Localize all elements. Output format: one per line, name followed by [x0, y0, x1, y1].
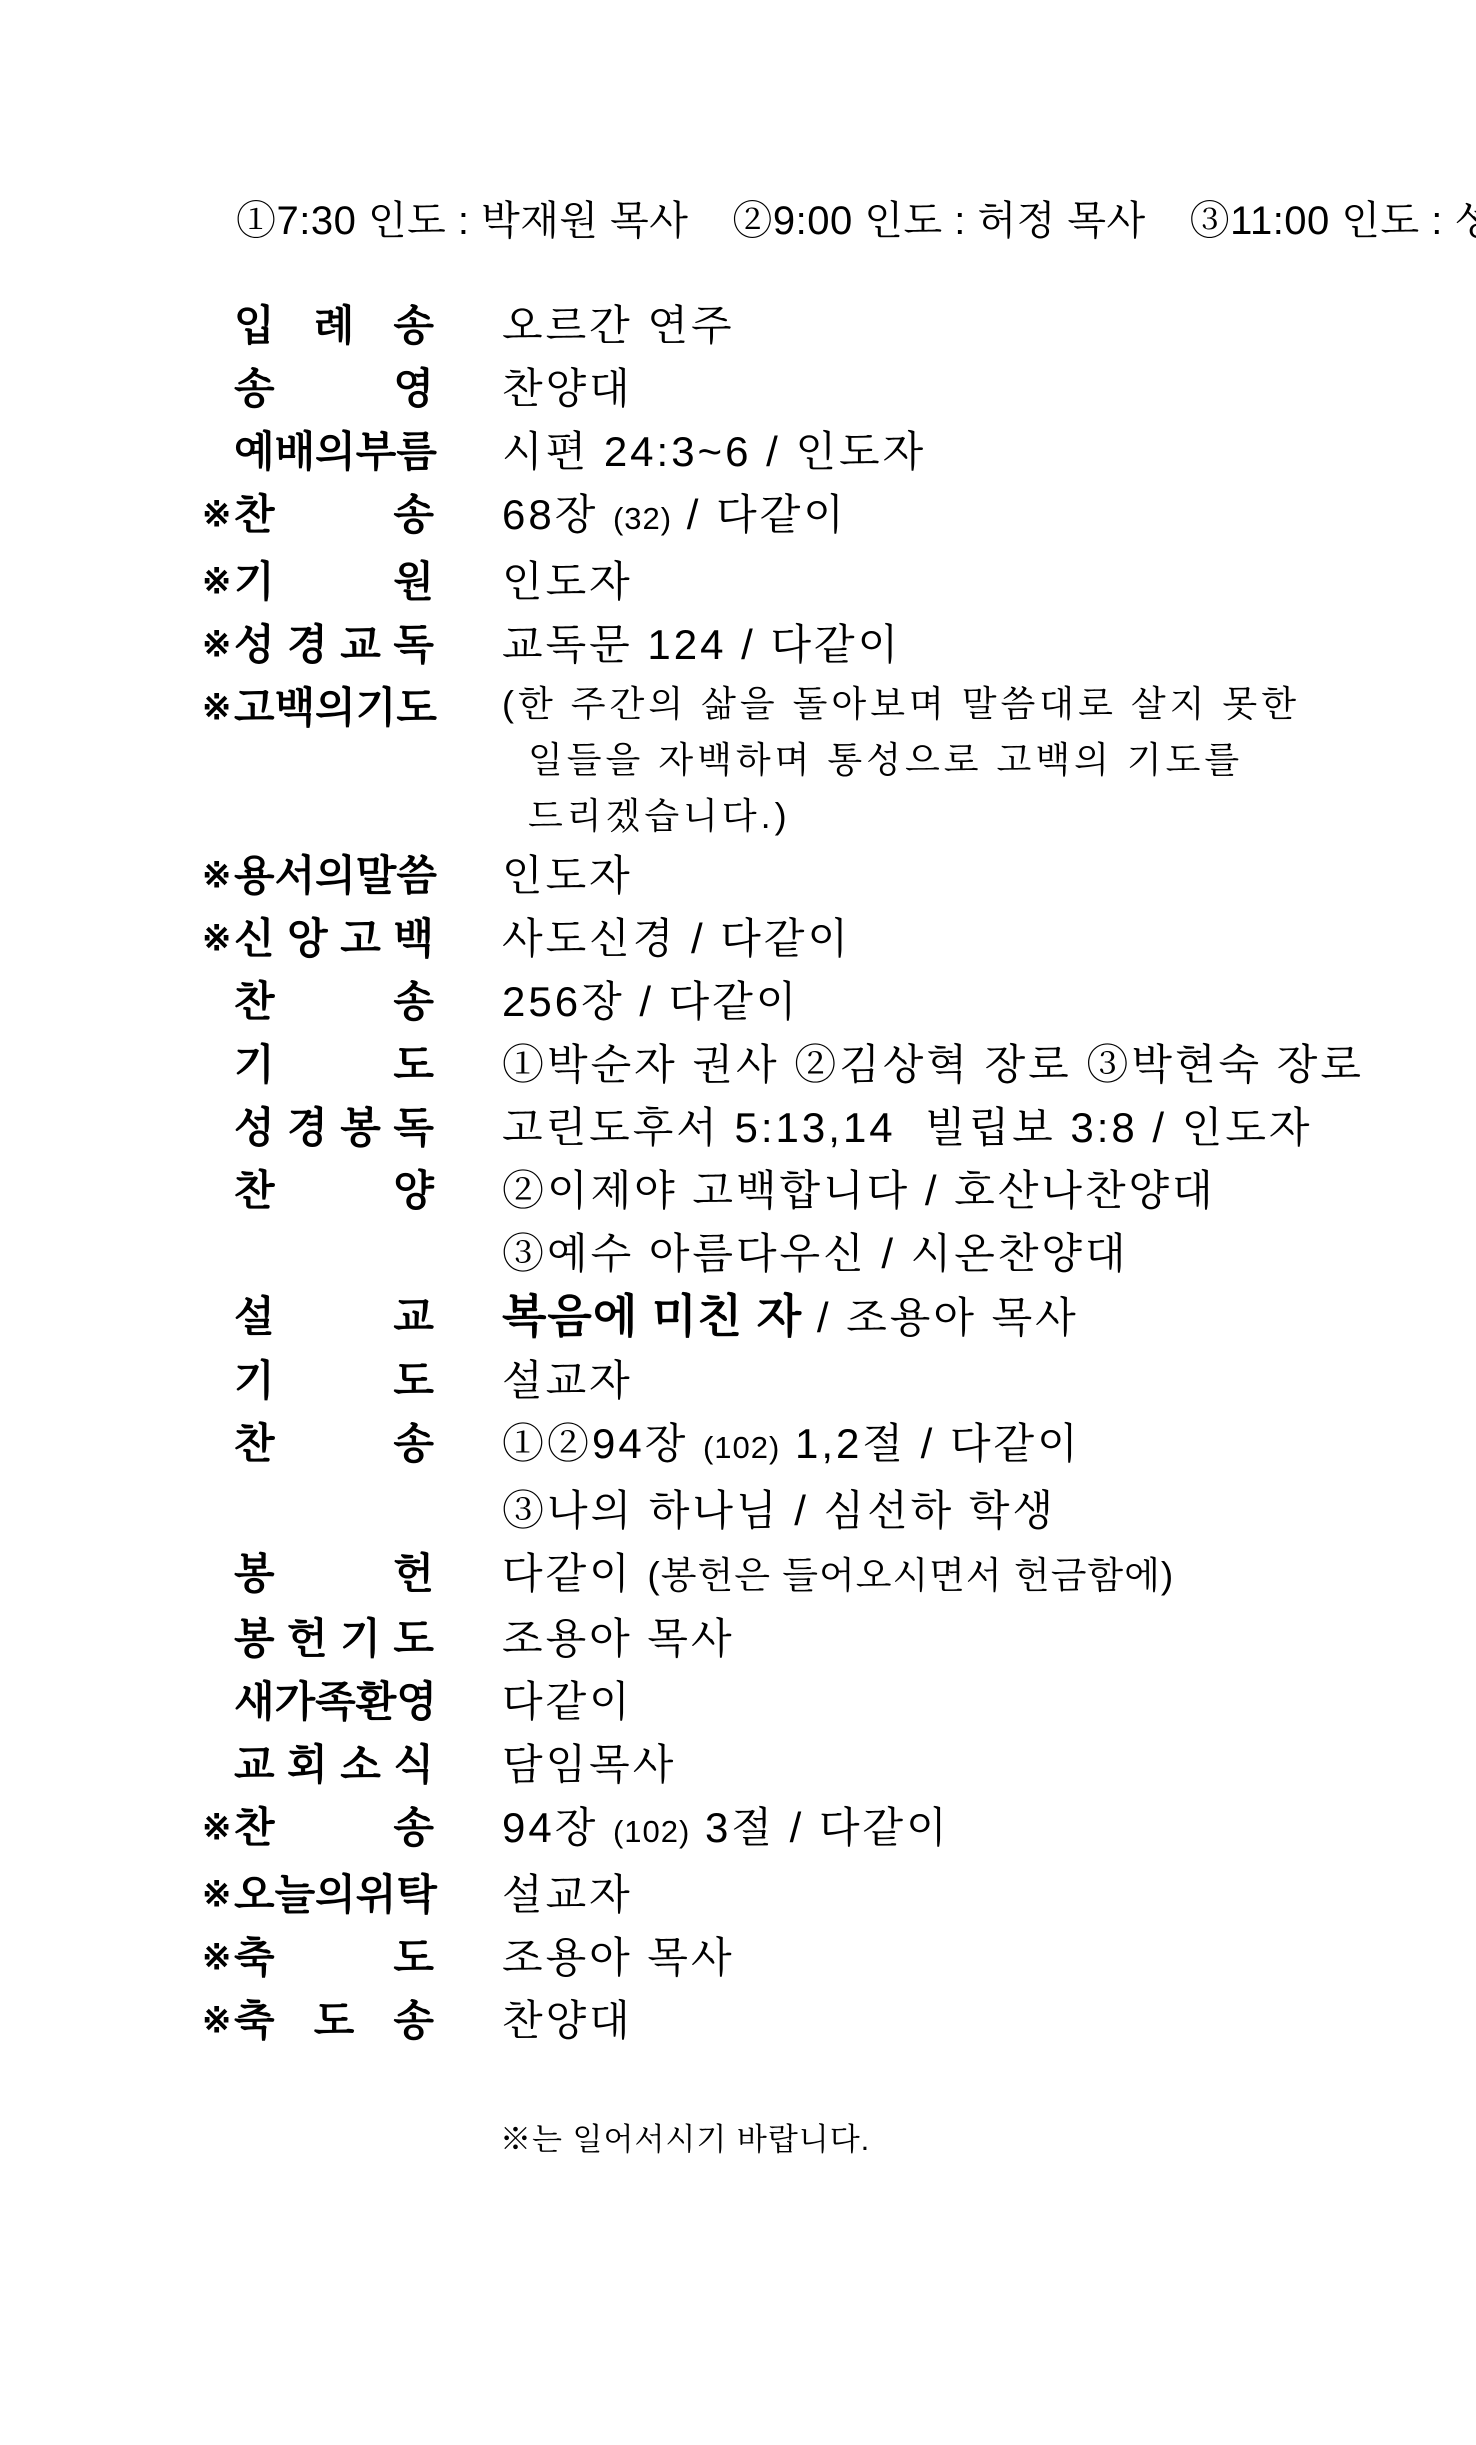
order-label-char: 백 [393, 907, 434, 970]
order-content: 인도자 [502, 844, 633, 907]
order-label-char: 도 [393, 1033, 434, 1096]
order-label-char: 용 [234, 844, 275, 907]
order-label-char: 성 [234, 1096, 275, 1159]
order-row-19: 새가족환영다같이 [0, 1670, 1476, 1733]
order-row-23: ※축도조용아 목사 [0, 1926, 1476, 1989]
order-label-char: 말 [356, 844, 397, 907]
order-label-char: 영 [396, 1670, 437, 1733]
order-label-char: 식 [393, 1733, 434, 1796]
content-line: 조용아 목사 [502, 1926, 735, 1989]
order-label-char: 도 [396, 676, 437, 739]
order-row-5: ※기원인도자 [0, 550, 1476, 613]
order-content: 256장 / 다같이 [502, 970, 799, 1033]
order-content: 조용아 목사 [502, 1607, 735, 1670]
content-segment: (102) [703, 1430, 780, 1465]
order-label-char: 송 [393, 1412, 434, 1475]
content-segment: 고린도후서 5:13,14 빌립보 3:8 / 인도자 [502, 1104, 1313, 1151]
order-label-char: 고 [340, 907, 381, 970]
content-line: 인도자 [502, 844, 633, 907]
order-row-22: ※오늘의위탁설교자 [0, 1863, 1476, 1926]
content-segment: 3절 / 다같이 [690, 1804, 949, 1851]
order-label-char: 기 [340, 1607, 381, 1670]
content-line: 설교자 [502, 1863, 633, 1926]
service-leader-3: ③11:00 인도 : 성덕호 목사 [1190, 199, 1476, 243]
order-label-char: 설 [234, 1285, 275, 1348]
order-label-char: 회 [287, 1733, 328, 1796]
order-label: 고백의기도 [234, 676, 434, 739]
content-segment: 드리겠습니다.) [528, 795, 791, 836]
order-label-char: 기 [356, 676, 397, 739]
order-row-17: 봉헌다같이 (봉헌은 들어오시면서 헌금함에) [0, 1542, 1476, 1607]
order-label-char: 봉 [234, 1542, 275, 1605]
order-label: 찬송 [234, 1796, 434, 1859]
order-label: 예배의부름 [234, 420, 434, 483]
content-line: ③나의 하나님 / 심선하 학생 [502, 1479, 1081, 1542]
content-line: 68장 (32) / 다같이 [502, 483, 847, 550]
order-row-14: 설교복음에 미친 자 / 조용아 목사 [0, 1285, 1476, 1349]
order-row-10: 찬송256장 / 다같이 [0, 970, 1476, 1033]
standing-mark: ※ [202, 844, 234, 907]
order-label: 찬송 [234, 970, 434, 1033]
order-label-char: 름 [396, 420, 437, 483]
content-segment: 오르간 연주 [502, 302, 735, 349]
content-line: 드리겠습니다.) [502, 788, 1300, 844]
order-row-8: ※용서의말씀인도자 [0, 844, 1476, 907]
content-segment: 설교자 [502, 1871, 633, 1918]
order-label-char: 찬 [234, 1159, 275, 1222]
standing-mark: ※ [202, 483, 234, 546]
content-line: ②이제야 고백합니다 / 호산나찬양대 [502, 1159, 1216, 1222]
order-label-char: 의 [315, 1863, 356, 1926]
order-label-char: 탁 [396, 1863, 437, 1926]
order-label-char: 송 [393, 1796, 434, 1859]
order-label: 봉헌기도 [234, 1607, 434, 1670]
order-content: 조용아 목사 [502, 1926, 735, 1989]
bulletin-page: ①7:30 인도 : 박재원 목사②9:00 인도 : 허정 목사③11:00 … [0, 0, 1476, 2445]
content-segment: 256장 / 다같이 [502, 978, 799, 1025]
order-row-21: ※찬송94장 (102) 3절 / 다같이 [0, 1796, 1476, 1863]
order-label-char: 환 [356, 1670, 397, 1733]
order-row-6: ※성경교독교독문 124 / 다같이 [0, 613, 1476, 676]
order-label: 봉헌 [234, 1542, 434, 1605]
order-label-char: 기 [234, 1349, 275, 1412]
order-row-13: 찬양②이제야 고백합니다 / 호산나찬양대③예수 아름다우신 / 시온찬양대 [0, 1159, 1476, 1285]
content-line: 다같이 (봉헌은 들어오시면서 헌금함에) [502, 1542, 1174, 1607]
content-segment: 인도자 [502, 852, 633, 899]
order-label-char: 송 [393, 970, 434, 1033]
order-label: 입례송 [234, 294, 434, 357]
content-line: (한 주간의 삶을 돌아보며 말씀대로 살지 못한 [502, 676, 1300, 732]
worship-order-list: 입례송오르간 연주송영찬양대예배의부름시편 24:3~6 / 인도자※찬송68장… [0, 294, 1476, 2052]
order-label-char: 례 [314, 294, 355, 357]
content-line: 256장 / 다같이 [502, 970, 799, 1033]
order-content: 사도신경 / 다같이 [502, 907, 851, 970]
order-label-char: 찬 [234, 1412, 275, 1475]
order-label-char: 송 [393, 483, 434, 546]
order-label-char: 봉 [234, 1607, 275, 1670]
order-label-char: 씀 [396, 844, 437, 907]
standing-mark: ※ [202, 1926, 234, 1989]
content-line: 사도신경 / 다같이 [502, 907, 851, 970]
order-label-char: 도 [393, 1607, 434, 1670]
order-row-11: 기도①박순자 권사 ②김상혁 장로 ③박현숙 장로 [0, 1033, 1476, 1096]
order-label-char: 축 [234, 1989, 275, 2052]
order-label-char: 원 [393, 550, 434, 613]
service-leader-2: ②9:00 인도 : 허정 목사 [732, 199, 1145, 243]
content-segment: 다같이 [502, 1678, 633, 1725]
order-label-char: 봉 [340, 1096, 381, 1159]
content-line: ①②94장 (102) 1,2절 / 다같이 [502, 1412, 1081, 1479]
standing-mark: ※ [202, 676, 234, 739]
order-row-2: 송영찬양대 [0, 357, 1476, 420]
order-content: 설교자 [502, 1349, 633, 1412]
order-content: 94장 (102) 3절 / 다같이 [502, 1796, 950, 1863]
order-label-char: 기 [234, 550, 275, 613]
content-segment: (봉헌은 들어오시면서 헌금함에) [647, 1555, 1174, 1596]
content-line: 설교자 [502, 1349, 633, 1412]
order-label-char: 독 [393, 613, 434, 676]
standing-mark: ※ [202, 550, 234, 613]
order-content: ①박순자 권사 ②김상혁 장로 ③박현숙 장로 [502, 1033, 1364, 1096]
order-label-char: 영 [393, 357, 434, 420]
order-label-char: 입 [234, 294, 275, 357]
standing-note-text: ※는 일어서시기 바랍니다. [500, 2122, 870, 2157]
standing-mark: ※ [202, 907, 234, 970]
content-segment: / 조용아 목사 [802, 1294, 1079, 1341]
content-segment: ①②94장 [502, 1420, 703, 1467]
order-label: 기도 [234, 1349, 434, 1412]
order-content: 다같이 (봉헌은 들어오시면서 헌금함에) [502, 1542, 1174, 1607]
order-label-char: 찬 [234, 970, 275, 1033]
service-leader-1: ①7:30 인도 : 박재원 목사 [236, 199, 688, 243]
content-segment: 조용아 목사 [502, 1615, 735, 1662]
content-line: ①박순자 권사 ②김상혁 장로 ③박현숙 장로 [502, 1033, 1364, 1096]
order-label-char: 위 [356, 1863, 397, 1926]
order-label-char: 헌 [287, 1607, 328, 1670]
order-content: 찬양대 [502, 1989, 633, 2052]
content-segment: 1,2절 / 다같이 [780, 1420, 1080, 1467]
order-label-char: 도 [393, 1349, 434, 1412]
order-content: 고린도후서 5:13,14 빌립보 3:8 / 인도자 [502, 1096, 1313, 1159]
order-row-24: ※축도송찬양대 [0, 1989, 1476, 2052]
order-label-char: 오 [234, 1863, 275, 1926]
content-segment: ③나의 하나님 / 심선하 학생 [502, 1487, 1056, 1534]
order-row-9: ※신앙고백사도신경 / 다같이 [0, 907, 1476, 970]
order-label-char: 늘 [275, 1863, 316, 1926]
content-segment: (32) [613, 501, 672, 536]
content-line: 찬양대 [502, 357, 633, 420]
order-label-char: 송 [393, 294, 434, 357]
content-line: 시편 24:3~6 / 인도자 [502, 420, 926, 483]
order-label: 찬송 [234, 1412, 434, 1475]
order-content: 68장 (32) / 다같이 [502, 483, 847, 550]
order-label: 신앙고백 [234, 907, 434, 970]
order-label: 송영 [234, 357, 434, 420]
order-label-char: 족 [315, 1670, 356, 1733]
order-label-char: 의 [315, 420, 356, 483]
content-segment: 찬양대 [502, 365, 633, 412]
content-segment: ②이제야 고백합니다 / 호산나찬양대 [502, 1167, 1216, 1214]
order-label: 찬송 [234, 483, 434, 546]
order-label-char: 교 [393, 1285, 434, 1348]
order-label-char: 예 [234, 420, 275, 483]
order-label: 성경교독 [234, 613, 434, 676]
order-label: 새가족환영 [234, 1670, 434, 1733]
content-segment: 시편 24:3~6 / 인도자 [502, 428, 926, 475]
content-line: 복음에 미친 자 / 조용아 목사 [502, 1285, 1079, 1349]
order-content: 다같이 [502, 1670, 633, 1733]
order-row-4: ※찬송68장 (32) / 다같이 [0, 483, 1476, 550]
order-label: 교회소식 [234, 1733, 434, 1796]
order-label-char: 신 [234, 907, 275, 970]
content-line: ③예수 아름다우신 / 시온찬양대 [502, 1222, 1216, 1285]
order-label-char: 경 [287, 613, 328, 676]
order-label-char: 새 [234, 1670, 275, 1733]
standing-mark: ※ [202, 1796, 234, 1859]
order-label: 기도 [234, 1033, 434, 1096]
order-label-char: 경 [287, 1096, 328, 1159]
order-content: 찬양대 [502, 357, 633, 420]
order-label: 설교 [234, 1285, 434, 1348]
order-row-20: 교회소식담임목사 [0, 1733, 1476, 1796]
order-content: 시편 24:3~6 / 인도자 [502, 420, 926, 483]
order-label-char: 앙 [287, 907, 328, 970]
sermon-title: 복음에 미친 자 [502, 1290, 802, 1342]
order-content: ②이제야 고백합니다 / 호산나찬양대③예수 아름다우신 / 시온찬양대 [502, 1159, 1216, 1285]
standing-mark: ※ [202, 1989, 234, 2052]
content-segment: 인도자 [502, 558, 633, 605]
order-label: 성경봉독 [234, 1096, 434, 1159]
order-label-char: 독 [393, 1096, 434, 1159]
content-line: 오르간 연주 [502, 294, 735, 357]
order-label-char: 송 [234, 357, 275, 420]
order-content: 교독문 124 / 다같이 [502, 613, 901, 676]
content-segment: / 다같이 [672, 491, 847, 538]
order-content: 오르간 연주 [502, 294, 735, 357]
standing-note: ※는 일어서시기 바랍니다. [0, 2114, 1476, 2159]
order-content: 담임목사 [502, 1733, 676, 1796]
content-segment: 찬양대 [502, 1997, 633, 2044]
content-line: 94장 (102) 3절 / 다같이 [502, 1796, 950, 1863]
content-line: 담임목사 [502, 1733, 676, 1796]
order-row-15: 기도설교자 [0, 1349, 1476, 1412]
order-label-char: 도 [393, 1926, 434, 1989]
order-content: (한 주간의 삶을 돌아보며 말씀대로 살지 못한일들을 자백하며 통성으로 고… [502, 676, 1300, 844]
order-row-7: ※고백의기도(한 주간의 삶을 돌아보며 말씀대로 살지 못한일들을 자백하며 … [0, 676, 1476, 844]
order-label-char: 부 [356, 420, 397, 483]
content-line: 일들을 자백하며 통성으로 고백의 기도를 [502, 732, 1300, 788]
content-line: 찬양대 [502, 1989, 633, 2052]
order-row-3: 예배의부름시편 24:3~6 / 인도자 [0, 420, 1476, 483]
content-line: 고린도후서 5:13,14 빌립보 3:8 / 인도자 [502, 1096, 1313, 1159]
service-leaders-line: ①7:30 인도 : 박재원 목사②9:00 인도 : 허정 목사③11:00 … [0, 198, 1476, 244]
content-segment: ①박순자 권사 ②김상혁 장로 ③박현숙 장로 [502, 1041, 1364, 1088]
order-label-char: 고 [234, 676, 275, 739]
order-content: ①②94장 (102) 1,2절 / 다같이③나의 하나님 / 심선하 학생 [502, 1412, 1081, 1542]
content-line: 인도자 [502, 550, 633, 613]
standing-mark: ※ [202, 613, 234, 676]
content-line: 조용아 목사 [502, 1607, 735, 1670]
order-label-char: 배 [275, 420, 316, 483]
order-content: 인도자 [502, 550, 633, 613]
order-label-char: 의 [315, 676, 356, 739]
order-content: 설교자 [502, 1863, 633, 1926]
order-label-char: 송 [393, 1989, 434, 2052]
order-label-char: 의 [315, 844, 356, 907]
order-row-1: 입례송오르간 연주 [0, 294, 1476, 357]
order-label: 용서의말씀 [234, 844, 434, 907]
content-segment: 다같이 [502, 1550, 647, 1597]
order-label-char: 교 [234, 1733, 275, 1796]
order-label: 오늘의위탁 [234, 1863, 434, 1926]
order-label-char: 서 [275, 844, 316, 907]
order-label-char: 교 [340, 613, 381, 676]
order-label-char: 가 [275, 1670, 316, 1733]
order-label: 기원 [234, 550, 434, 613]
content-segment: (한 주간의 삶을 돌아보며 말씀대로 살지 못한 [502, 683, 1300, 724]
standing-mark: ※ [202, 1863, 234, 1926]
order-label-char: 도 [314, 1989, 355, 2052]
order-label-char: 백 [275, 676, 316, 739]
order-label-char: 양 [393, 1159, 434, 1222]
content-line: 교독문 124 / 다같이 [502, 613, 901, 676]
content-segment: 일들을 자백하며 통성으로 고백의 기도를 [528, 739, 1243, 780]
order-row-16: 찬송①②94장 (102) 1,2절 / 다같이③나의 하나님 / 심선하 학생 [0, 1412, 1476, 1542]
content-segment: ③예수 아름다우신 / 시온찬양대 [502, 1230, 1129, 1277]
order-label: 축도송 [234, 1989, 434, 2052]
order-label-char: 찬 [234, 1796, 275, 1859]
content-segment: 담임목사 [502, 1741, 676, 1788]
order-label-char: 찬 [234, 483, 275, 546]
content-segment: 조용아 목사 [502, 1934, 735, 1981]
order-label-char: 축 [234, 1926, 275, 1989]
content-segment: 94장 [502, 1804, 613, 1851]
order-content: 복음에 미친 자 / 조용아 목사 [502, 1285, 1079, 1349]
order-label-char: 기 [234, 1033, 275, 1096]
content-segment: 사도신경 / 다같이 [502, 915, 851, 962]
content-segment: 68장 [502, 491, 613, 538]
order-row-12: 성경봉독고린도후서 5:13,14 빌립보 3:8 / 인도자 [0, 1096, 1476, 1159]
order-label-char: 성 [234, 613, 275, 676]
content-segment: 설교자 [502, 1357, 633, 1404]
order-label-char: 소 [340, 1733, 381, 1796]
order-label: 축도 [234, 1926, 434, 1989]
order-label: 찬양 [234, 1159, 434, 1222]
content-segment: 교독문 124 / 다같이 [502, 621, 901, 668]
order-row-18: 봉헌기도조용아 목사 [0, 1607, 1476, 1670]
content-segment: (102) [613, 1814, 690, 1849]
content-line: 다같이 [502, 1670, 633, 1733]
order-label-char: 헌 [393, 1542, 434, 1605]
